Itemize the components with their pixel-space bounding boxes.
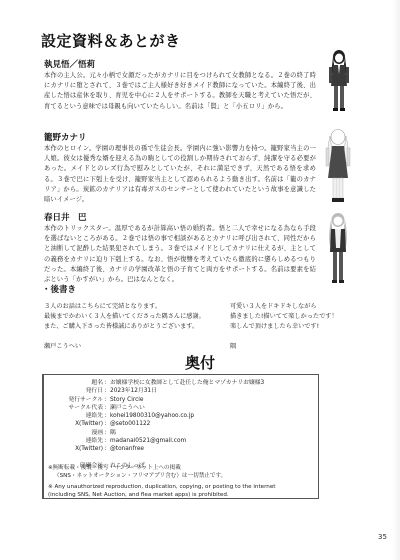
colophon-title: 奥付	[0, 352, 400, 373]
character-description: 本作のトリックスター。温厚であるが計算高い悟の婚約者。悟と二人で幸せになる為なら…	[44, 224, 316, 285]
colophon-row-twitter-author: X(Twitter)：@seto001122	[44, 420, 318, 428]
afterword-line: 描きました!描いてて楽しかったです！	[230, 312, 370, 322]
colophon-row-contact-artist: 連絡先：madanai0521@gmail.com	[44, 437, 318, 445]
colophon-row-title: 題名：お嬢様学校に女教師として赴任した俺とマゾカナリお嬢様3	[44, 379, 318, 387]
character-name: 籠野カナリ	[44, 133, 316, 144]
character-section-satoru: 執見悟／悟莉 本作の主人公。元々小柄で女顔だったがカナリに目をつけられて女教師と…	[44, 60, 316, 112]
character-section-tomoe: 春日井 巴 本作のトリックスター。温厚であるが計算高い悟の婚約者。悟と二人で幸せ…	[44, 213, 316, 285]
character-illustration-tomoe	[320, 212, 356, 290]
character-illustration-kanari	[320, 128, 356, 208]
colophon-row-twitter-artist: X(Twitter)：@tonanfree	[44, 445, 318, 453]
page-number: 35	[378, 533, 387, 541]
afterword-line: 最後までかわいく３人を描いてくださった隅さんに感謝。	[44, 312, 244, 322]
artist-email: madanai0521@gmail.com	[110, 437, 318, 445]
colophon-row-circle: 発行サークル：Story Circle	[44, 396, 318, 404]
afterword-author-message: ３人のお話はこちらにて完結となります。 最後までかわいく３人を描いてくださった隅…	[44, 302, 244, 352]
notice-en-line: (including SNS, Net Auction, and flea ma…	[48, 492, 316, 500]
character-description: 本作の主人公。元々小柄で女顔だったがカナリに目をつけられて女教師となる。２巻の終…	[44, 71, 316, 112]
page-edge-shadow	[392, 0, 400, 560]
character-description: 本作のヒロイン。学園の理事長の孫で生徒会長。学園内に強い影響力を持つ。籠野家当主…	[44, 144, 316, 205]
colophon-row-representative: サークル代表：瀬戸こうへい	[44, 404, 318, 412]
colophon-row-artist: 漫画：隅	[44, 429, 318, 437]
author-email: kohei19800310@yahoo.co.jp	[110, 412, 318, 420]
afterword-artist-message: 可愛い３人をドキドキしながら 描きました!描いてて楽しかったです！ 楽しんで頂け…	[230, 302, 370, 352]
afterword-line: ３人のお話はこちらにて完結となります。	[44, 302, 244, 312]
colophon-row-date: 発行日：2023年12月31日	[44, 387, 318, 395]
notice-en-line: ※ Any unauthorized reproduction, duplica…	[48, 484, 316, 492]
colophon-row-contact-author: 連絡先：kohei19800310@yahoo.co.jp	[44, 412, 318, 420]
author-twitter: @seto001122	[110, 420, 318, 428]
afterword-line: 可愛い３人をドキドキしながら	[230, 302, 370, 312]
character-section-kanari: 籠野カナリ 本作のヒロイン。学園の理事長の孫で生徒会長。学園内に強い影響力を持つ…	[44, 133, 316, 205]
copyright-notice: ※無断転載・複製・複写・インターネット上への掲載 （SNS・ネットオークション・…	[48, 465, 316, 499]
character-illustration-satoru	[322, 48, 356, 114]
afterword-heading: ・後書き	[42, 283, 76, 295]
afterword-signature: 瀬戸こうへい	[44, 342, 244, 352]
afterword-signature: 隅	[230, 342, 370, 352]
colophon-box: 題名：お嬢様学校に女教師として赴任した俺とマゾカナリお嬢様3 発行日：2023年…	[42, 374, 319, 499]
notice-jp-line: ※無断転載・複製・複写・インターネット上への掲載	[48, 465, 316, 473]
document-page: 設定資料＆あとがき 執見悟／悟莉 本作の主人公。元々小柄で女顔だったがカナリに目…	[0, 0, 400, 560]
character-name: 春日井 巴	[44, 213, 316, 224]
afterword-line: また、ご購入下さった皆様誠にありがとうございます。	[44, 322, 244, 332]
notice-jp-line: （SNS・ネットオークション・フリマアプリ含む）は一切禁止です。	[48, 473, 316, 481]
page-title: 設定資料＆あとがき	[41, 30, 181, 51]
artist-twitter: @tonanfree	[110, 445, 318, 453]
character-name: 執見悟／悟莉	[44, 60, 316, 71]
afterword-line: 楽しんで頂けましたら幸いです!	[230, 322, 370, 332]
